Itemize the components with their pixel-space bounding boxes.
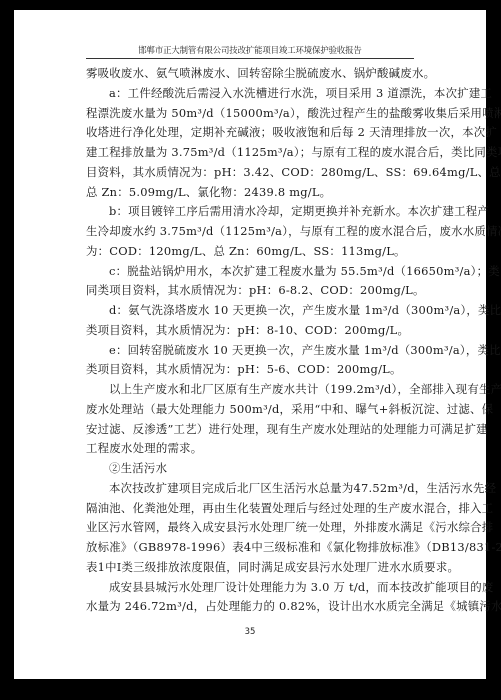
text-line: 类项目资料，其水质情况为：pH：8-10、COD：200mg/L。 bbox=[86, 321, 416, 341]
text-line: 程漂洗废水量为 50m³/d（15000m³/a），酸洗过程产生的盐酸雾收集后采… bbox=[86, 104, 416, 124]
text-line: 收塔进行净化处理，定期补充碱液；吸收液饱和后每 2 天清理排放一次，本次扩 bbox=[86, 123, 416, 143]
text-line: d：氨气洗涤塔废水 10 天更换一次，产生废水量 1m³/d（300m³/a），… bbox=[86, 301, 416, 321]
text-line: 本次技改扩建项目完成后北厂区生活污水总量为47.52m³/d，生活污水先经 bbox=[86, 479, 416, 499]
text-line: 放标准》（GB8978-1996）表4中三级标准和《氯化物排放标准》（DB13/… bbox=[86, 538, 416, 558]
text-line: 废水处理站（最大处理能力 500m³/d，采用“中和、曝气+斜板沉淀、过滤、保 bbox=[86, 400, 416, 420]
text-line: c：脱盐站锅炉用水，本次扩建工程废水量为 55.5m³/d（16650m³/a）… bbox=[86, 262, 416, 282]
document-page: 邯郸市正大制管有限公司技改扩能项目竣工环境保护验收报告 雾吸收废水、氨气喷淋废水… bbox=[14, 10, 486, 679]
text-line: 建工程排放量为 3.75m³/d（1125m³/a）；与原有工程的废水混合后，类… bbox=[86, 143, 416, 163]
header-divider bbox=[86, 58, 414, 59]
running-header: 邯郸市正大制管有限公司技改扩能项目竣工环境保护验收报告 bbox=[86, 43, 414, 58]
text-line: 同类项目资料，其水质情况为：pH：6-8.2、COD：200mg/L。 bbox=[86, 281, 416, 301]
document-body: 雾吸收废水、氨气喷淋废水、回转窑除尘脱硫废水、锅炉酸碱废水。a：工件经酸洗后需浸… bbox=[86, 64, 416, 617]
text-line: 雾吸收废水、氨气喷淋废水、回转窑除尘脱硫废水、锅炉酸碱废水。 bbox=[86, 64, 416, 84]
text-line: 安过滤、反渗透”工艺）进行处理，现有生产废水处理站的处理能力可满足扩建 bbox=[86, 420, 416, 440]
text-line: 表1中Ⅰ类三级排放浓度限值，同时满足成安县污水处理厂进水水质要求。 bbox=[86, 558, 416, 578]
text-line: 为：COD：120mg/L、总 Zn：60mg/L、SS：113mg/L。 bbox=[86, 242, 416, 262]
text-line: 工程废水处理的需求。 bbox=[86, 439, 416, 459]
text-line: b：项目镀锌工序后需用清水冷却，定期更换并补充新水。本次扩建工程产 bbox=[86, 202, 416, 222]
text-line: e：回转窑脱硫废水 10 天更换一次，产生废水量 1m³/d（300m³/a），… bbox=[86, 341, 416, 361]
text-line: ②生活污水 bbox=[86, 459, 416, 479]
text-line: 总 Zn：5.09mg/L、氯化物：2439.8 mg/L。 bbox=[86, 183, 416, 203]
text-line: 以上生产废水和北厂区原有生产废水共计（199.2m³/d），全部排入现有生产 bbox=[86, 380, 416, 400]
text-line: 生冷却废水约 3.75m³/d（1125m³/a），与原有工程的废水混合后，废水… bbox=[86, 222, 416, 242]
text-line: 业区污水管网，最终入成安县污水处理厂统一处理，外排废水满足《污水综合排 bbox=[86, 518, 416, 538]
page-number: 35 bbox=[14, 627, 486, 637]
text-line: a：工件经酸洗后需浸入水洗槽进行水洗，项目采用 3 道漂洗，本次扩建工 bbox=[86, 84, 416, 104]
text-line: 水量为 246.72m³/d，占处理能力的 0.82%，设计出水水质完全满足《城… bbox=[86, 597, 416, 617]
text-line: 目资料，其水质情况为：pH：3.42、COD：280mg/L、SS：69.64m… bbox=[86, 163, 416, 183]
text-line: 类项目资料，其水质情况为：pH：5-6、COD：200mg/L。 bbox=[86, 360, 416, 380]
text-line: 成安县县城污水处理厂设计处理能力为 3.0 万 t/d，而本技改扩能项目的废 bbox=[86, 578, 416, 598]
text-line: 隔油池、化粪池处理，再由生化装置处理后与经过处理的生产废水混合，排入工 bbox=[86, 499, 416, 519]
